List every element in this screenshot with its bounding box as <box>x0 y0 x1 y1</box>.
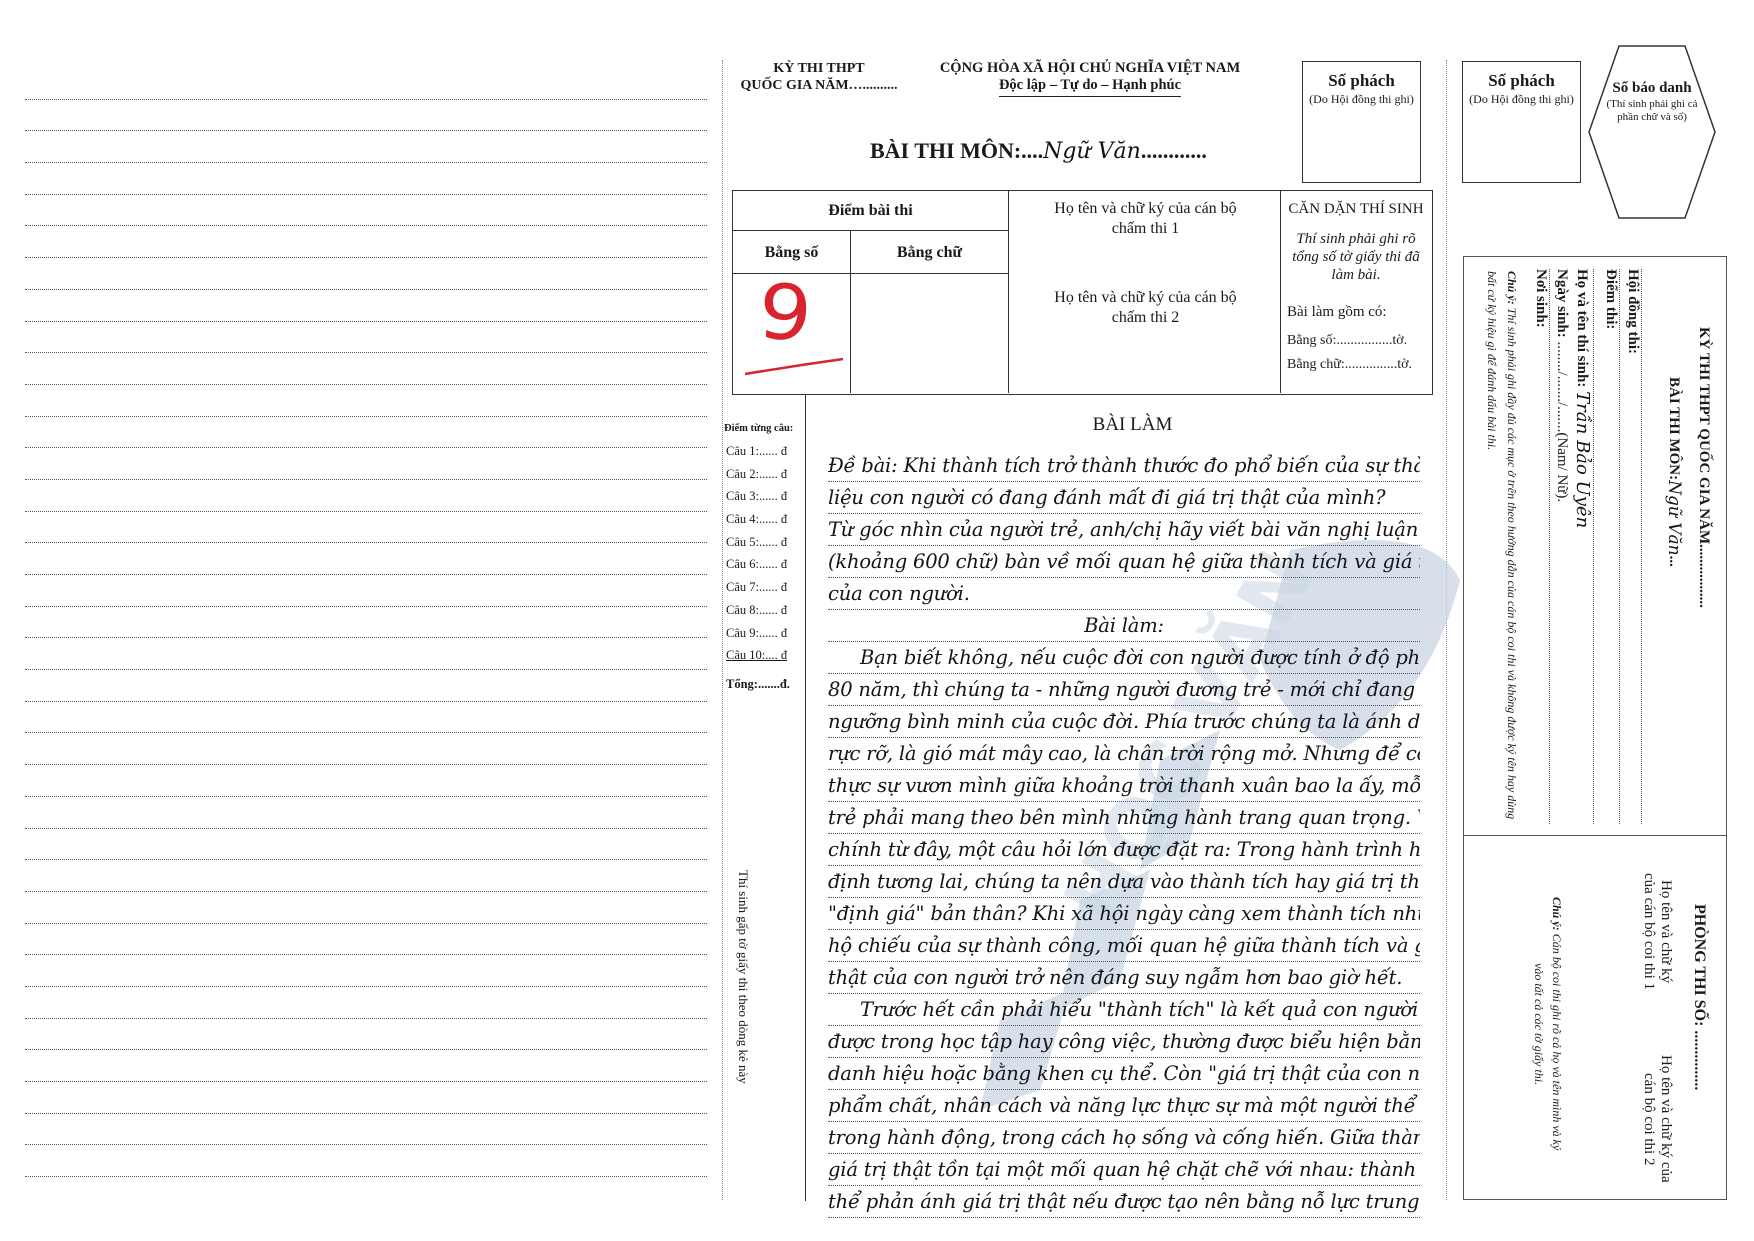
ruled-line[interactable] <box>25 607 707 639</box>
ruled-line[interactable] <box>25 670 707 702</box>
site-field[interactable]: Điểm thi: <box>1602 269 1620 824</box>
exam-heading: KỲ THI THPT QUỐC GIA NĂM….......... <box>735 60 903 94</box>
essay-title: BÀI LÀM <box>815 414 1450 436</box>
candidate-info-panel: KỲ THI THPT QUỐC GIA NĂM................… <box>1463 256 1727 836</box>
site-label: Điểm thi: <box>1603 269 1619 329</box>
ruled-line[interactable] <box>25 100 707 132</box>
so-phach-box-2: Số phách (Do Hội đồng thi ghi) <box>1462 61 1581 183</box>
fold-line <box>722 60 723 1200</box>
subject-label: BÀI THI MÔN: <box>870 138 1021 163</box>
essay-line: "định giá" bản thân? Khi xã hội ngày càn… <box>828 898 1420 930</box>
essay-line: trong hành động, trong cách họ sống và c… <box>828 1122 1420 1154</box>
so-phach-title: Số phách <box>1303 71 1420 91</box>
instructions-cell: CĂN DẶN THÍ SINH Thí sinh phải ghi rõ tổ… <box>1281 191 1431 393</box>
subject-value: Ngữ Văn <box>1043 139 1141 164</box>
fold-line-right <box>1446 60 1447 1200</box>
ruled-line[interactable] <box>25 638 707 670</box>
score-number-cell[interactable]: 9 <box>733 274 851 393</box>
question-score-4[interactable]: Câu 4:...... đ <box>724 508 802 531</box>
grader-2: Họ tên và chữ ký của cán bộ chấm thi 2 <box>1039 288 1252 328</box>
panel-subject-label: BÀI THI MÔN: <box>1666 377 1682 480</box>
essay-line: danh hiệu hoặc bằng khen cụ thể. Còn "gi… <box>828 1058 1420 1090</box>
essay-line: phẩm chất, nhân cách và năng lực thực sự… <box>828 1090 1420 1122</box>
dob-field[interactable]: Ngày sinh: ......../......./.......(Nam/… <box>1553 269 1570 502</box>
so-phach-subtitle: (Do Hội đồng thi ghi) <box>1463 92 1580 107</box>
ruled-line[interactable] <box>25 480 707 512</box>
sheets-words[interactable]: Bằng chữ:...............tờ. <box>1281 357 1431 373</box>
essay-line: thể phản ánh giá trị thật nếu được tạo n… <box>828 1186 1420 1218</box>
ruled-line[interactable] <box>25 195 707 227</box>
essay-line: Từ góc nhìn của người trẻ, anh/chị hãy v… <box>828 514 1420 546</box>
room-panel: PHÒNG THI SỐ: ............... Họ tên và … <box>1463 834 1727 1200</box>
essay-line: 80 năm, thì chúng ta - những người đương… <box>828 674 1420 706</box>
name-label: Họ và tên thí sinh: <box>1574 269 1590 387</box>
essay-line: chính từ đây, một câu hỏi lớn được đặt r… <box>828 834 1420 866</box>
score-header: Điểm bài thi <box>733 191 1008 231</box>
ruled-line[interactable] <box>25 860 707 892</box>
ruled-line[interactable] <box>25 575 707 607</box>
subject-dots: .... <box>1021 138 1043 163</box>
name-field[interactable]: Họ và tên thí sinh: Trần Bảo Uyên <box>1572 269 1594 824</box>
score-table: Điểm bài thi Bằng số Bằng chữ 9 Họ tên v… <box>732 190 1433 395</box>
hexagon-shape <box>1587 44 1717 220</box>
room-number[interactable]: PHÒNG THI SỐ: ............... <box>1690 904 1708 1090</box>
so-bao-danh-hexagon: Số báo danh (Thí sinh phải ghi cả phần c… <box>1587 44 1717 220</box>
ruled-line[interactable] <box>25 68 707 100</box>
left-ruled-area <box>25 68 707 1177</box>
dob-label: Ngày sinh: <box>1554 269 1570 338</box>
essay-line: liệu con người có đang đánh mất đi giá t… <box>828 482 1420 514</box>
question-score-7[interactable]: Câu 7:...... đ <box>724 576 802 599</box>
sheets-number[interactable]: Bằng số:................tờ. <box>1281 333 1431 349</box>
essay-line: Đề bài: Khi thành tích trở thành thước đ… <box>828 450 1420 482</box>
essay-line: trẻ phải mang theo bên mình những hành t… <box>828 802 1420 834</box>
ruled-line[interactable] <box>25 322 707 354</box>
essay-line: Bài làm: <box>828 610 1420 642</box>
ruled-line[interactable] <box>25 385 707 417</box>
sheets-label: Bài làm gồm có: <box>1281 304 1431 321</box>
question-score-8[interactable]: Câu 8:...... đ <box>724 599 802 622</box>
ruled-line[interactable] <box>25 1019 707 1051</box>
ruled-line[interactable] <box>25 892 707 924</box>
so-phach-title: Số phách <box>1463 71 1580 91</box>
instructions-title: CĂN DẶN THÍ SINH <box>1281 201 1431 218</box>
ruled-line[interactable] <box>25 353 707 385</box>
gender-value: (Nam/ Nữ). <box>1554 432 1570 502</box>
ruled-line[interactable] <box>25 258 707 290</box>
ruled-line[interactable] <box>25 290 707 322</box>
ruled-line[interactable] <box>25 417 707 449</box>
ruled-line[interactable] <box>25 448 707 480</box>
ruled-line[interactable] <box>25 163 707 195</box>
council-label: Hội đồng thi: <box>1625 269 1641 354</box>
ruled-line[interactable] <box>25 1145 707 1177</box>
total-score[interactable]: Tổng:.......đ. <box>724 673 802 696</box>
exam-heading-line2: QUỐC GIA NĂM….......... <box>735 77 903 94</box>
ruled-line[interactable] <box>25 131 707 163</box>
panel-subject-value: Ngữ Văn <box>1664 480 1684 555</box>
subject-dots: ............ <box>1141 138 1207 163</box>
question-score-5[interactable]: Câu 5:...... đ <box>724 531 802 554</box>
per-question-title: Điểm từng câu: <box>724 418 802 440</box>
panel-subject: BÀI THI MÔN:Ngữ Văn... <box>1664 377 1684 567</box>
subject-line: BÀI THI MÔN:....Ngữ Văn............ <box>870 138 1270 164</box>
ruled-line[interactable] <box>25 543 707 575</box>
proctor-2: Họ tên và chữ ký của cán bộ coi thi 2 <box>1640 1049 1674 1189</box>
essay-line: rực rỡ, là gió mát mây cao, là chân trời… <box>828 738 1420 770</box>
essay-line: thật của con người trở nên đáng suy ngẫm… <box>828 962 1420 994</box>
essay-line: giá trị thật tồn tại một mối quan hệ chặ… <box>828 1154 1420 1186</box>
instructions-text: Thí sinh phải ghi rõ tổng số tờ giấy thi… <box>1281 230 1431 284</box>
so-bao-danh-title: Số báo danh <box>1587 80 1717 97</box>
essay-line: Bạn biết không, nếu cuộc đời con người đ… <box>828 642 1420 674</box>
proctor-1: Họ tên và chữ ký của cán bộ coi thi 1 <box>1640 872 1674 992</box>
republic-name: CỘNG HÒA XÃ HỘI CHỦ NGHĨA VIỆT NAM <box>930 60 1250 77</box>
essay-body[interactable]: Đề bài: Khi thành tích trở thành thước đ… <box>828 450 1420 1218</box>
so-bao-danh-subtitle: (Thí sinh phải ghi cả phần chữ và số) <box>1587 97 1717 124</box>
so-phach-subtitle: (Do Hội đồng thi ghi) <box>1303 92 1420 107</box>
birthplace-field[interactable]: Nơi sinh: <box>1532 269 1550 824</box>
republic-heading: CỘNG HÒA XÃ HỘI CHỦ NGHĨA VIỆT NAM Độc l… <box>930 60 1250 97</box>
essay-line: ngưỡng bình minh của cuộc đời. Phía trướ… <box>828 706 1420 738</box>
dob-value: ......../......./....... <box>1554 342 1570 433</box>
candidate-name: Trần Bảo Uyên <box>1572 391 1593 528</box>
essay-line: thực sự vươn mình giữa khoảng trời thanh… <box>828 770 1420 802</box>
ruled-line[interactable] <box>25 765 707 797</box>
ruled-line[interactable] <box>25 797 707 829</box>
essay-line: định tương lai, chúng ta nên dựa vào thà… <box>828 866 1420 898</box>
question-score-10[interactable]: Câu 10:.... đ <box>724 644 802 667</box>
note-text: Thí sinh phải ghi đầy đủ các mục ở trên … <box>1485 271 1519 819</box>
fold-note: Thí sinh gấp tờ giấy thi theo dòng kẻ nà… <box>735 870 751 1084</box>
ruled-line[interactable] <box>25 1050 707 1082</box>
essay-line: hộ chiếu của sự thành công, mối quan hệ … <box>828 930 1420 962</box>
exam-heading-line1: KỲ THI THPT <box>735 60 903 77</box>
candidate-note: Chú ý: Thí sinh phải ghi đầy đủ các mục … <box>1482 271 1522 821</box>
panel-exam-title: KỲ THI THPT QUỐC GIA NĂM................… <box>1695 327 1712 608</box>
council-field[interactable]: Hội đồng thi: <box>1624 269 1642 824</box>
grader-1: Họ tên và chữ ký của cán bộ chấm thi 1 <box>1039 199 1252 239</box>
question-score-2[interactable]: Câu 2:...... đ <box>724 463 802 486</box>
per-question-scores: Điểm từng câu: Câu 1:...... đCâu 2:.....… <box>724 418 802 696</box>
question-score-3[interactable]: Câu 3:...... đ <box>724 485 802 508</box>
ruled-line[interactable] <box>25 829 707 861</box>
margin-divider <box>805 395 806 1201</box>
birthplace-label: Nơi sinh: <box>1533 269 1549 328</box>
score-words-cell[interactable] <box>851 274 1008 393</box>
room-note: Chú ý: Cán bộ coi thi ghi rõ cả họ và tê… <box>1530 889 1566 1159</box>
question-score-6[interactable]: Câu 6:...... đ <box>724 553 802 576</box>
essay-line: Trước hết cần phải hiểu "thành tích" là … <box>828 994 1420 1026</box>
ruled-line[interactable] <box>25 512 707 544</box>
national-motto: Độc lập – Tự do – Hạnh phúc <box>999 77 1181 97</box>
ruled-line[interactable] <box>25 702 707 734</box>
ruled-line[interactable] <box>25 226 707 258</box>
room-note-text: Cán bộ coi thi ghi rõ cả họ và tên mình … <box>1532 934 1564 1151</box>
score-underline <box>733 274 851 393</box>
essay-line: (khoảng 600 chữ) bàn về mối quan hệ giữa… <box>828 546 1420 578</box>
room-note-label: Chú ý: <box>1550 897 1564 931</box>
ruled-line[interactable] <box>25 733 707 765</box>
note-label: Chú ý: <box>1505 271 1519 305</box>
essay-line: được trong học tập hay công việc, thường… <box>828 1026 1420 1058</box>
ruled-line[interactable] <box>25 987 707 1019</box>
question-score-9[interactable]: Câu 9:...... đ <box>724 622 802 645</box>
so-phach-box-1: Số phách (Do Hội đồng thi ghi) <box>1302 61 1421 183</box>
ruled-line[interactable] <box>25 924 707 956</box>
ruled-line[interactable] <box>25 1114 707 1146</box>
col-words-header: Bằng chữ <box>851 231 1008 274</box>
ruled-line[interactable] <box>25 955 707 987</box>
graders-cell: Họ tên và chữ ký của cán bộ chấm thi 1 H… <box>1008 191 1281 393</box>
essay-line: của con người. <box>828 578 1420 610</box>
question-score-1[interactable]: Câu 1:...... đ <box>724 440 802 463</box>
ruled-line[interactable] <box>25 1082 707 1114</box>
